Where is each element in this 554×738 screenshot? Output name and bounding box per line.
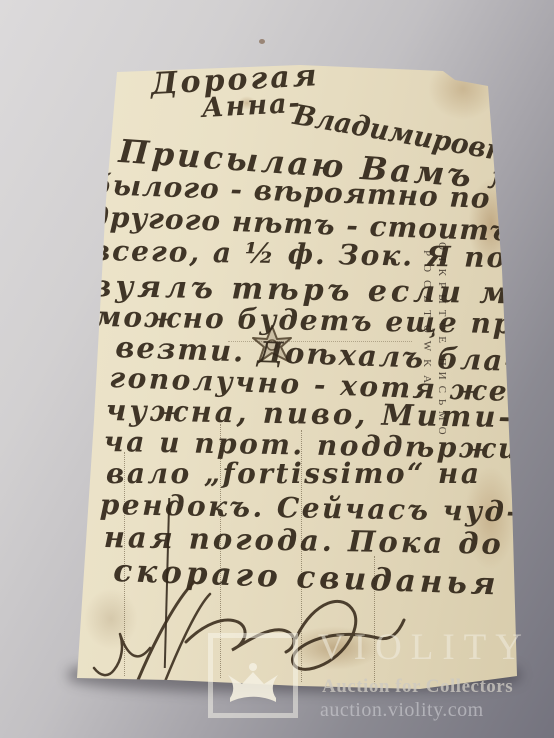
watermark-brand: VIOLITY	[318, 626, 531, 669]
watermark-url: auction.violity.com	[320, 699, 484, 722]
photo-of-postcard: ОТКРЫТОЕ ПИСЬМО POCZTÓWKA Дорогая Анна- …	[0, 0, 554, 738]
crown-icon	[226, 660, 280, 706]
handwriting-line: Анна-	[201, 89, 302, 124]
dust-speck	[259, 39, 265, 44]
handwriting-line: вало „fortissimo“ на	[106, 459, 481, 490]
watermark-tagline: Auction for Collectors	[322, 676, 513, 698]
crown-frame	[208, 633, 298, 718]
